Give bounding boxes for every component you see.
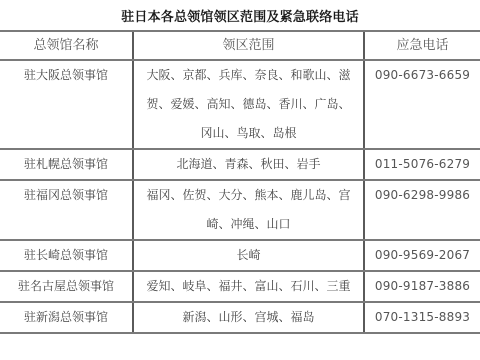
consulate-name: 驻大阪总领事馆 xyxy=(0,60,133,149)
consulate-name: 驻札幌总领事馆 xyxy=(0,149,133,180)
region-scope: 北海道、青森、秋田、岩手 xyxy=(133,149,364,180)
region-scope: 福冈、佐贺、大分、熊本、鹿儿岛、宫崎、冲绳、山口 xyxy=(133,180,364,240)
consulate-name: 驻长崎总领事馆 xyxy=(0,240,133,271)
region-scope: 长崎 xyxy=(133,240,364,271)
table-row: 驻名古屋总领事馆 爱知、岐阜、福井、富山、石川、三重 090-9187-3886 xyxy=(0,271,480,302)
table-row: 驻新潟总领事馆 新潟、山形、宫城、福岛 070-1315-8893 xyxy=(0,302,480,333)
consulate-name: 驻福冈总领事馆 xyxy=(0,180,133,240)
consulate-name: 驻新潟总领事馆 xyxy=(0,302,133,333)
table-header-row: 总领馆名称 领区范围 应急电话 xyxy=(0,31,480,60)
table-row: 驻福冈总领事馆 福冈、佐贺、大分、熊本、鹿儿岛、宫崎、冲绳、山口 090-629… xyxy=(0,180,480,240)
region-scope: 爱知、岐阜、福井、富山、石川、三重 xyxy=(133,271,364,302)
table-row: 驻长崎总领事馆 长崎 090-9569-2067 xyxy=(0,240,480,271)
header-region: 领区范围 xyxy=(133,31,364,60)
consulate-name: 驻名古屋总领事馆 xyxy=(0,271,133,302)
consulate-table: 总领馆名称 领区范围 应急电话 驻大阪总领事馆 大阪、京都、兵库、奈良、和歌山、… xyxy=(0,30,480,334)
header-consulate-name: 总领馆名称 xyxy=(0,31,133,60)
emergency-phone: 090-9187-3886 xyxy=(364,271,480,302)
emergency-phone: 090-9569-2067 xyxy=(364,240,480,271)
region-scope: 新潟、山形、宫城、福岛 xyxy=(133,302,364,333)
region-scope: 大阪、京都、兵库、奈良、和歌山、滋贺、爱媛、高知、德岛、香川、广岛、冈山、鸟取、… xyxy=(133,60,364,149)
table-row: 驻札幌总领事馆 北海道、青森、秋田、岩手 011-5076-6279 xyxy=(0,149,480,180)
header-emergency-phone: 应急电话 xyxy=(364,31,480,60)
emergency-phone: 090-6298-9986 xyxy=(364,180,480,240)
table-row: 驻大阪总领事馆 大阪、京都、兵库、奈良、和歌山、滋贺、爱媛、高知、德岛、香川、广… xyxy=(0,60,480,149)
page-title: 驻日本各总领馆领区范围及紧急联络电话 xyxy=(0,6,480,25)
emergency-phone: 070-1315-8893 xyxy=(364,302,480,333)
emergency-phone: 090-6673-6659 xyxy=(364,60,480,149)
emergency-phone: 011-5076-6279 xyxy=(364,149,480,180)
